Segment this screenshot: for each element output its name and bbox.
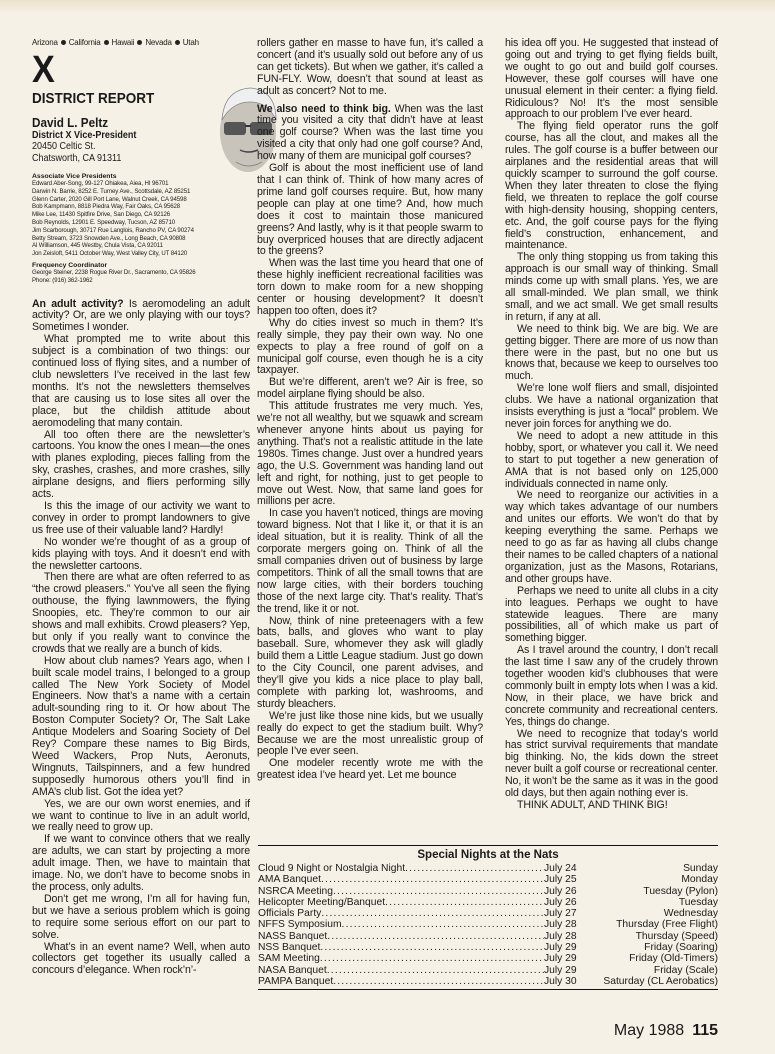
article-paragraph: We also need to think big. When was the …: [257, 104, 483, 164]
article-paragraph: An adult activity? Is aeromodeling an ad…: [32, 299, 250, 335]
leader-dots: [320, 942, 544, 953]
article-paragraph: We need to reorganize our activities in …: [505, 490, 718, 585]
article-paragraph: The flying field operator runs the golf …: [505, 121, 718, 252]
article-paragraph: his idea off you. He suggested that inst…: [505, 38, 718, 121]
leader-dots: [405, 863, 544, 874]
article-paragraph: Now, think of nine preteenagers with a f…: [257, 616, 483, 711]
frequency-coordinator: George Steiner, 2238 Rogue River Dr., Sa…: [32, 269, 250, 285]
top-rule: [258, 845, 718, 846]
leader-dots: [321, 874, 544, 885]
leader-dots: [333, 976, 544, 987]
leader-dots: [385, 897, 544, 908]
district-states: ArizonaCaliforniaHawaiiNevadaUtah: [32, 38, 250, 47]
article-middle-column: rollers gather en masse to have fun, it’…: [257, 38, 483, 782]
article-paragraph: This attitude frustrates me very much. Y…: [257, 401, 483, 508]
article-left-column: An adult activity? Is aeromodeling an ad…: [32, 299, 250, 978]
table-row: Helicopter Meeting/BanquetJuly 26Tuesday: [258, 897, 718, 908]
associate-entry: Edward Aber-Song, 99-127 Ohiakea, Aiea, …: [32, 180, 250, 188]
leader-dots: [327, 931, 544, 942]
state-label: California: [69, 38, 101, 47]
associate-entry: Jon Zeisloft, 5411 October Way, West Val…: [32, 250, 250, 258]
page-footer: May 1988115: [580, 1022, 718, 1040]
table-row: SAM MeetingJuly 29Friday (Old-Timers): [258, 953, 718, 964]
frequency-coordinator-address: George Steiner, 2238 Rogue River Dr., Sa…: [32, 269, 250, 277]
state-label: Hawaii: [112, 38, 135, 47]
leader-dots: [320, 953, 544, 964]
article-paragraph: We’re just like those nine kids, but we …: [257, 711, 483, 759]
leader-dots: [342, 919, 544, 930]
associate-entry: Glenn Carter, 2020 Gill Port Lane, Walnu…: [32, 196, 250, 204]
bottom-rule: [258, 989, 718, 990]
table-row: NSRCA MeetingJuly 26Tuesday (Pylon): [258, 886, 718, 897]
associate-entry: Betty Stream, 3723 Snowden Ave., Long Be…: [32, 235, 250, 243]
issue-date: May 1988: [614, 1022, 684, 1039]
table-row: Cloud 9 Night or Nostalgia NightJuly 24S…: [258, 863, 718, 874]
article-paragraph: But we’re different, aren’t we? Air is f…: [257, 377, 483, 401]
associate-entry: Jim Scarborough, 30717 Rue Langlois, Ran…: [32, 227, 250, 235]
special-nights-table: Special Nights at the Nats Cloud 9 Night…: [258, 845, 718, 990]
leader-dots: [333, 886, 544, 897]
article-paragraph: Don’t get me wrong, I’m all for having f…: [32, 894, 250, 942]
article-paragraph: No wonder we’re thought of as a group of…: [32, 537, 250, 573]
article-paragraph: Yes, we are our own worst enemies, and i…: [32, 799, 250, 835]
state-label: Utah: [183, 38, 199, 47]
table-row: NASA BanquetJuly 29Friday (Scale): [258, 965, 718, 976]
article-paragraph: Why do cities invest so much in them? It…: [257, 318, 483, 378]
table-row: Officials PartyJuly 27Wednesday: [258, 908, 718, 919]
article-paragraph: Perhaps we need to unite all clubs in a …: [505, 586, 718, 646]
article-right-column: his idea off you. He suggested that inst…: [505, 38, 718, 812]
article-paragraph: Golf is about the most inefficient use o…: [257, 163, 483, 258]
article-paragraph: What prompted me to write about this sub…: [32, 334, 250, 429]
state-label: Nevada: [145, 38, 171, 47]
associates-list: Edward Aber-Song, 99-127 Ohiakea, Aiea, …: [32, 180, 250, 258]
associate-entry: Mike Lee, 11430 Spitfire Drive, San Dieg…: [32, 211, 250, 219]
page-number: 115: [692, 1022, 718, 1039]
vp-address-line2: Chatsworth, CA 91311: [32, 153, 228, 165]
article-paragraph: If we want to convince others that we re…: [32, 834, 250, 894]
article-paragraph: We need to think big. We are big. We are…: [505, 324, 718, 384]
article-paragraph: What’s in an event name? Well, when auto…: [32, 942, 250, 978]
page-top-edge: [0, 0, 775, 14]
frequency-coordinator-phone: Phone: (916) 362-1962: [32, 277, 250, 285]
article-paragraph: rollers gather en masse to have fun, it’…: [257, 38, 483, 98]
table-row: NSS BanquetJuly 29Friday (Soaring): [258, 942, 718, 953]
article-paragraph: The only thing stopping us from taking t…: [505, 252, 718, 323]
article-paragraph: All too often there are the newsletter’s…: [32, 430, 250, 501]
article-paragraph: Is this the image of our activity we wan…: [32, 501, 250, 537]
district-numeral: X: [32, 51, 228, 89]
article-paragraph: We’re lone wolf fliers and small, disjoi…: [505, 383, 718, 431]
left-column: ArizonaCaliforniaHawaiiNevadaUtah X DIST…: [32, 38, 250, 977]
associate-entry: Bob Kampmann, 8818 Piedra Way, Fair Oaks…: [32, 203, 250, 211]
closing-line: THINK ADULT, AND THINK BIG!: [505, 800, 718, 812]
leader-dots: [321, 908, 544, 919]
article-paragraph: We need to adopt a new attitude in this …: [505, 431, 718, 491]
associate-entry: Al Williamson, 445 Westby, Chula Vista, …: [32, 242, 250, 250]
leader-dots: [327, 965, 544, 976]
special-nights-title: Special Nights at the Nats: [258, 849, 718, 861]
bullet-icon: [61, 40, 66, 45]
article-paragraph: We need to recognize that today’s world …: [505, 729, 718, 800]
bullet-icon: [104, 40, 109, 45]
frequency-coordinator-heading: Frequency Coordinator: [32, 262, 250, 269]
table-row: NFFS SymposiumJuly 28Thursday (Free Flig…: [258, 919, 718, 930]
associate-entry: Darwin N. Barrie, 8252 E. Turney Ave., S…: [32, 188, 250, 196]
article-paragraph: When was the last time you heard that on…: [257, 258, 483, 318]
article-paragraph: How about club names? Years ago, when I …: [32, 656, 250, 799]
section-title: DISTRICT REPORT: [32, 90, 228, 107]
table-row: AMA BanquetJuly 25Monday: [258, 874, 718, 885]
associate-entry: Bob Reynolds, 12901 E. Speedway, Tucson,…: [32, 219, 250, 227]
article-paragraph: As I travel around the country, I don’t …: [505, 645, 718, 728]
article-paragraph: In case you haven’t noticed, things are …: [257, 508, 483, 615]
bullet-icon: [175, 40, 180, 45]
state-label: Arizona: [32, 38, 58, 47]
table-row: NASS BanquetJuly 28Thursday (Speed): [258, 931, 718, 942]
vp-role: District X Vice-President: [32, 130, 228, 141]
table-row: PAMPA BanquetJuly 30Saturday (CL Aerobat…: [258, 976, 718, 987]
vp-name: David L. Peltz: [32, 115, 228, 130]
vp-address-line1: 20450 Celtic St.: [32, 141, 228, 153]
bullet-icon: [137, 40, 142, 45]
article-paragraph: One modeler recently wrote me with the g…: [257, 758, 483, 782]
article-paragraph: Then there are what are often referred t…: [32, 572, 250, 655]
